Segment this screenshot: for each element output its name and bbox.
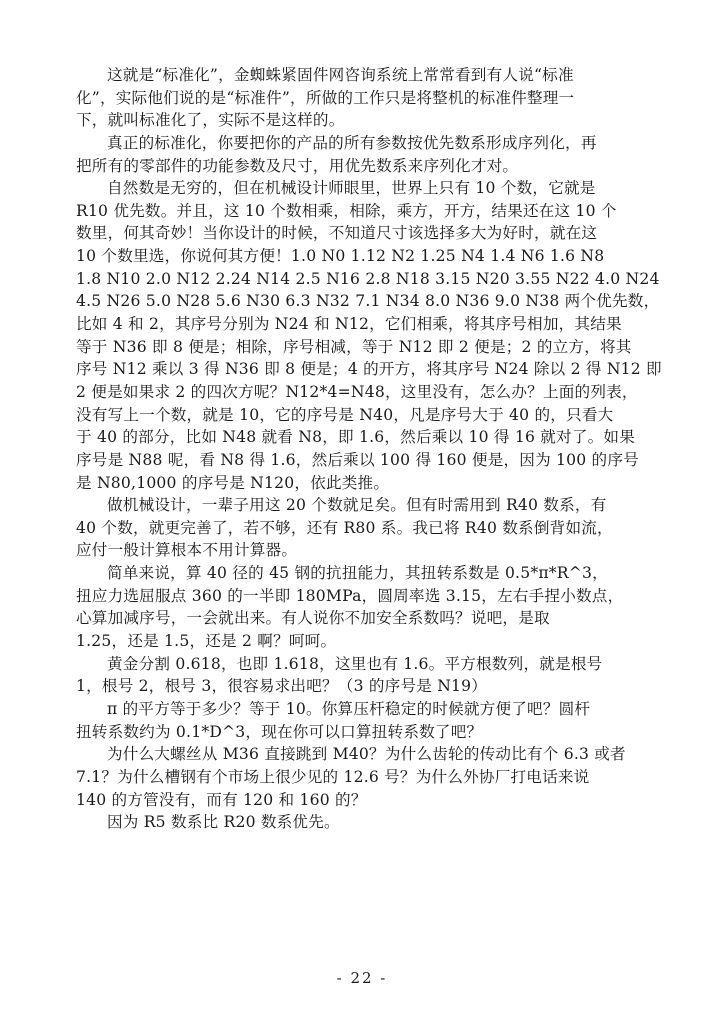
text-line: 40 个数，就更完善了，若不够，还有 R80 系。我已将 R40 数系倒背如流， (76, 517, 656, 540)
text-line: 扭应力选屈服点 360 的一半即 180MPa，圆周率选 3.15，左右手捏小数… (76, 585, 656, 608)
text-line: 化”，实际他们说的是“标准件”，所做的工作只是将整机的标准件整理一 (76, 87, 656, 110)
text-line: 做机械设计，一辈子用这 20 个数就足矣。但有时需用到 R40 数系，有 (76, 494, 656, 517)
text-line: 下，就叫标准化了，实际不是这样的。 (76, 109, 656, 132)
text-line: 序号 N12 乘以 3 得 N36 即 8 便是；4 的开方，将其序号 N24 … (76, 358, 656, 381)
text-line: 真正的标准化，你要把你的产品的所有参数按优先数系形成序列化，再 (76, 132, 656, 155)
body-text: 这就是“标准化”，金蜘蛛紧固件网咨询系统上常常看到有人说“标准 化”，实际他们说… (76, 64, 656, 834)
text-line: 黄金分割 0.618，也即 1.618，这里也有 1.6。平方根数列，就是根号 (76, 653, 656, 676)
text-line: π 的平方等于多少？等于 10。你算压杆稳定的时候就方便了吧？圆杆 (76, 698, 656, 721)
text-line: 没有写上一个数，就是 10，它的序号是 N40，凡是序号大于 40 的，只看大 (76, 404, 656, 427)
text-line: 扭转系数约为 0.1*D^3，现在你可以口算扭转系数了吧？ (76, 721, 656, 744)
text-line: 等于 N36 即 8 便是；相除，序号相减，等于 N12 即 2 便是；2 的立… (76, 336, 656, 359)
text-line: 1.8 N10 2.0 N12 2.24 N14 2.5 N16 2.8 N18… (76, 268, 656, 291)
text-line: 4.5 N26 5.0 N28 5.6 N30 6.3 N32 7.1 N34 … (76, 290, 656, 313)
text-line: 比如 4 和 2，其序号分别为 N24 和 N12，它们相乘，将其序号相加，其结… (76, 313, 656, 336)
text-line: 数里，何其奇妙！当你设计的时候，不知道尺寸该选择多大为好时，就在这 (76, 222, 656, 245)
text-line: 10 个数里选，你说何其方便！1.0 N0 1.12 N2 1.25 N4 1.… (76, 245, 656, 268)
document-page: 这就是“标准化”，金蜘蛛紧固件网咨询系统上常常看到有人说“标准 化”，实际他们说… (0, 0, 724, 1024)
text-line: 于 40 的部分，比如 N48 就看 N8，即 1.6，然后乘以 10 得 16… (76, 426, 656, 449)
text-line: 7.1？为什么槽钢有个市场上很少见的 12.6 号？为什么外协厂打电话来说 (76, 766, 656, 789)
text-line: 140 的方管没有，而有 120 和 160 的？ (76, 789, 656, 812)
text-line: 应付一般计算根本不用计算器。 (76, 539, 656, 562)
text-line: 这就是“标准化”，金蜘蛛紧固件网咨询系统上常常看到有人说“标准 (76, 64, 656, 87)
text-line: 自然数是无穷的，但在机械设计师眼里，世界上只有 10 个数，它就是 (76, 177, 656, 200)
text-line: 因为 R5 数系比 R20 数系优先。 (76, 811, 656, 834)
text-line: 序号是 N88 呢，看 N8 得 1.6，然后乘以 100 得 160 便是，因… (76, 449, 656, 472)
page-number: - 22 - (0, 968, 724, 988)
text-line: 为什么大螺丝从 M36 直接跳到 M40？为什么齿轮的传动比有个 6.3 或者 (76, 743, 656, 766)
text-line: 把所有的零部件的功能参数及尺寸，用优先数系来序列化才对。 (76, 155, 656, 178)
text-line: 是 N80,1000 的序号是 N120，依此类推。 (76, 472, 656, 495)
text-line: R10 优先数。并且，这 10 个数相乘，相除，乘方，开方，结果还在这 10 个 (76, 200, 656, 223)
text-line: 2 便是如果求 2 的四次方呢？N12*4=N48，这里没有，怎么办？上面的列表… (76, 381, 656, 404)
text-line: 简单来说，算 40 径的 45 钢的抗扭能力，其扭转系数是 0.5*π*R^3， (76, 562, 656, 585)
text-line: 心算加减序号，一会就出来。有人说你不加安全系数吗？说吧，是取 (76, 607, 656, 630)
text-line: 1.25，还是 1.5，还是 2 啊？呵呵。 (76, 630, 656, 653)
text-line: 1，根号 2，根号 3，很容易求出吧？（3 的序号是 N19） (76, 675, 656, 698)
